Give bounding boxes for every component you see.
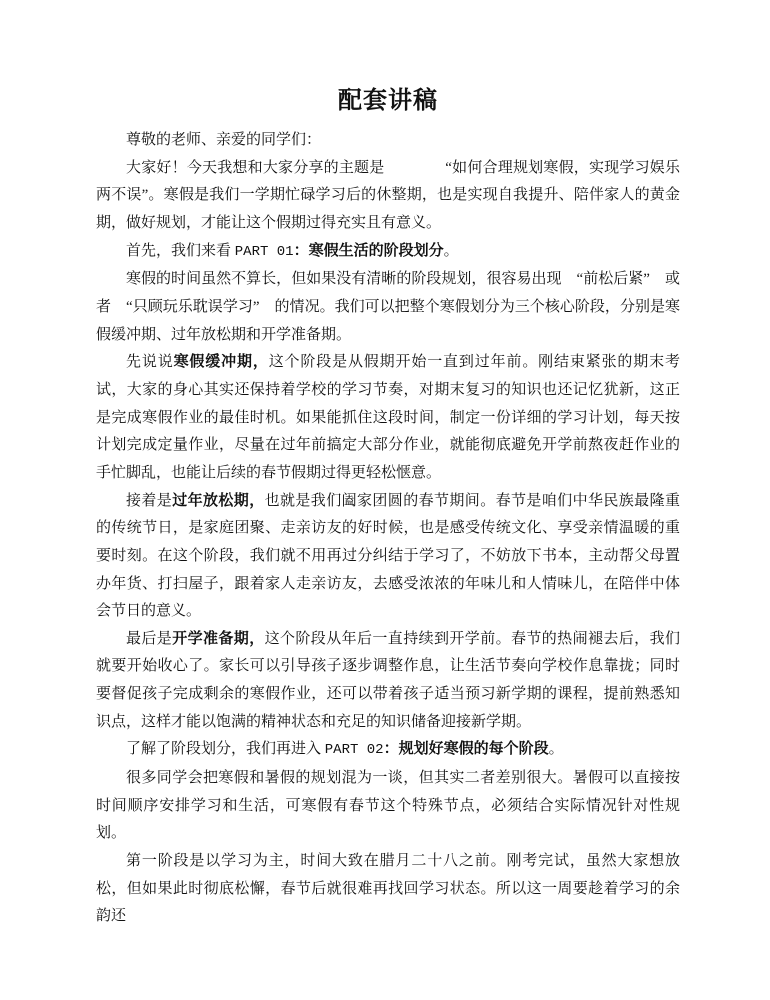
- text-run-bold: 过年放松期，: [172, 493, 264, 509]
- text-run: 也就是我们阖家团圆的春节期间。春节是咱们中华民族最隆重的传统节日，是家庭团聚、走…: [96, 493, 680, 620]
- paragraph: 寒假的时间虽然不算长，但如果没有清晰的阶段规划，很容易出现 “前松后紧” 或者 …: [96, 266, 680, 349]
- text-run: 大家好！今天我想和大家分享的主题是 “如何合理规划寒假，实现学习娱乐两不误”。寒…: [96, 160, 680, 231]
- text-run: PART 01: [235, 244, 294, 260]
- paragraph: 最后是开学准备期，这个阶段从年后一直持续到开学前。春节的热闹褪去后，我们就要开始…: [96, 626, 680, 737]
- paragraph: 了解了阶段划分，我们再进入 PART 02：规划好寒假的每个阶段。: [96, 736, 680, 765]
- paragraph: 首先，我们来看 PART 01：寒假生活的阶段划分。: [96, 238, 680, 267]
- text-run-bold: 开学准备期，: [172, 631, 264, 647]
- paragraph: 先说说寒假缓冲期，这个阶段是从假期开始一直到过年前。刚结束紧张的期末考试，大家的…: [96, 349, 680, 487]
- text-run: 这个阶段是从假期开始一直到过年前。刚结束紧张的期末考试，大家的身心其实还保持着学…: [96, 354, 680, 481]
- text-run: 首先，我们来看: [126, 243, 235, 259]
- text-run: 很多同学会把寒假和暑假的规划混为一谈，但其实二者差别很大。暑假可以直接按时间顺序…: [96, 770, 680, 841]
- text-run: 先说说: [126, 354, 174, 370]
- text-run: 接着是: [126, 493, 172, 509]
- text-run-bold: ：寒假生活的阶段划分: [294, 243, 444, 259]
- text-run: PART 02: [325, 742, 384, 758]
- text-run: 尊敬的老师、亲爱的同学们：: [126, 132, 321, 148]
- text-run: 寒假的时间虽然不算长，但如果没有清晰的阶段规划，很容易出现 “前松后紧” 或者 …: [96, 271, 680, 342]
- paragraph: 第一阶段是以学习为主，时间大致在腊月二十八之前。刚考完试，虽然大家想放松，但如果…: [96, 848, 680, 931]
- paragraph: 大家好！今天我想和大家分享的主题是 “如何合理规划寒假，实现学习娱乐两不误”。寒…: [96, 155, 680, 238]
- text-run: 。: [444, 243, 459, 259]
- text-run: 最后是: [126, 631, 172, 647]
- paragraph: 很多同学会把寒假和暑假的规划混为一谈，但其实二者差别很大。暑假可以直接按时间顺序…: [96, 765, 680, 848]
- text-run-bold: 寒假缓冲期，: [174, 354, 269, 370]
- paragraph: 尊敬的老师、亲爱的同学们：: [96, 127, 680, 155]
- document-body: 尊敬的老师、亲爱的同学们：大家好！今天我想和大家分享的主题是 “如何合理规划寒假…: [96, 127, 680, 931]
- document-content: 配套讲稿 尊敬的老师、亲爱的同学们：大家好！今天我想和大家分享的主题是 “如何合…: [96, 86, 680, 931]
- text-run: 了解了阶段划分，我们再进入: [126, 741, 325, 757]
- document-page: 配套讲稿 尊敬的老师、亲爱的同学们：大家好！今天我想和大家分享的主题是 “如何合…: [0, 0, 770, 1000]
- text-run-bold: ：规划好寒假的每个阶段: [384, 741, 549, 757]
- text-run: 。: [549, 741, 564, 757]
- document-title: 配套讲稿: [96, 86, 680, 116]
- paragraph: 接着是过年放松期，也就是我们阖家团圆的春节期间。春节是咱们中华民族最隆重的传统节…: [96, 488, 680, 626]
- text-run: 第一阶段是以学习为主，时间大致在腊月二十八之前。刚考完试，虽然大家想放松，但如果…: [96, 853, 680, 924]
